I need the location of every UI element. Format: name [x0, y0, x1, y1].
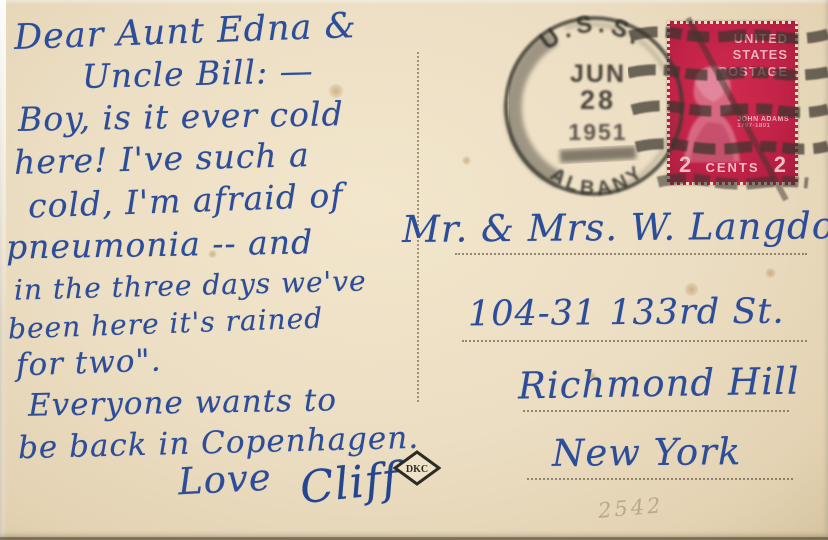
- address-state: New York: [552, 430, 742, 475]
- stamp-subject-text: JOHN ADAMS 1797-1801: [737, 116, 789, 129]
- postmark-year: 1951: [568, 119, 627, 145]
- message-line: Boy, is it ever cold: [18, 94, 344, 139]
- message-line: cold, I'm afraid of: [27, 176, 344, 226]
- address-ruled-line: [527, 478, 793, 480]
- postmark-day: 28: [580, 85, 616, 115]
- foxing-spot: [328, 84, 344, 98]
- postmark-uss-albany: U.S.S. JUN 28 1951 ALBANY: [498, 6, 690, 206]
- foxing-spot: [588, 372, 596, 380]
- address-ruled-line: [523, 410, 789, 412]
- message-line: been here it's rained: [8, 302, 324, 346]
- publisher-mark: DKC: [393, 450, 441, 486]
- postcard-back: Dear Aunt Edna & Uncle Bill: — Boy, is i…: [0, 0, 828, 540]
- message-line: Uncle Bill: —: [82, 51, 315, 96]
- pencil-annotation: 2542: [597, 493, 664, 523]
- address-recipient: Mr. & Mrs. W. Langdon: [402, 204, 828, 251]
- postmark-month: JUN: [570, 60, 626, 88]
- publisher-monogram-text: DKC: [406, 464, 428, 475]
- message-line: pneumonia -- and: [6, 222, 314, 266]
- foxing-spot: [684, 283, 699, 296]
- foxing-spot: [208, 250, 217, 258]
- sender-signature: Cliff: [298, 453, 402, 514]
- postmark-city-text: ALBANY: [546, 160, 650, 200]
- postmark-killer-bar: [560, 146, 637, 163]
- postmark-ship-text: U.S.S.: [535, 10, 651, 55]
- postmark-smudge-arc: [514, 38, 560, 180]
- address-ruled-line: [462, 340, 807, 342]
- address-street: 104-31 133rd St.: [468, 292, 785, 335]
- foxing-spot: [765, 268, 776, 278]
- message-closing: Love: [177, 456, 273, 504]
- message-line: Everyone wants to: [28, 382, 338, 423]
- message-line: for two".: [15, 342, 162, 383]
- scan-edge: [0, 0, 6, 330]
- foxing-spot: [462, 156, 471, 165]
- message-line: here! I've such a: [14, 135, 311, 182]
- address-city: Richmond Hill: [518, 360, 800, 408]
- address-ruled-line: [455, 253, 807, 255]
- message-line: in the three days we've: [14, 264, 367, 306]
